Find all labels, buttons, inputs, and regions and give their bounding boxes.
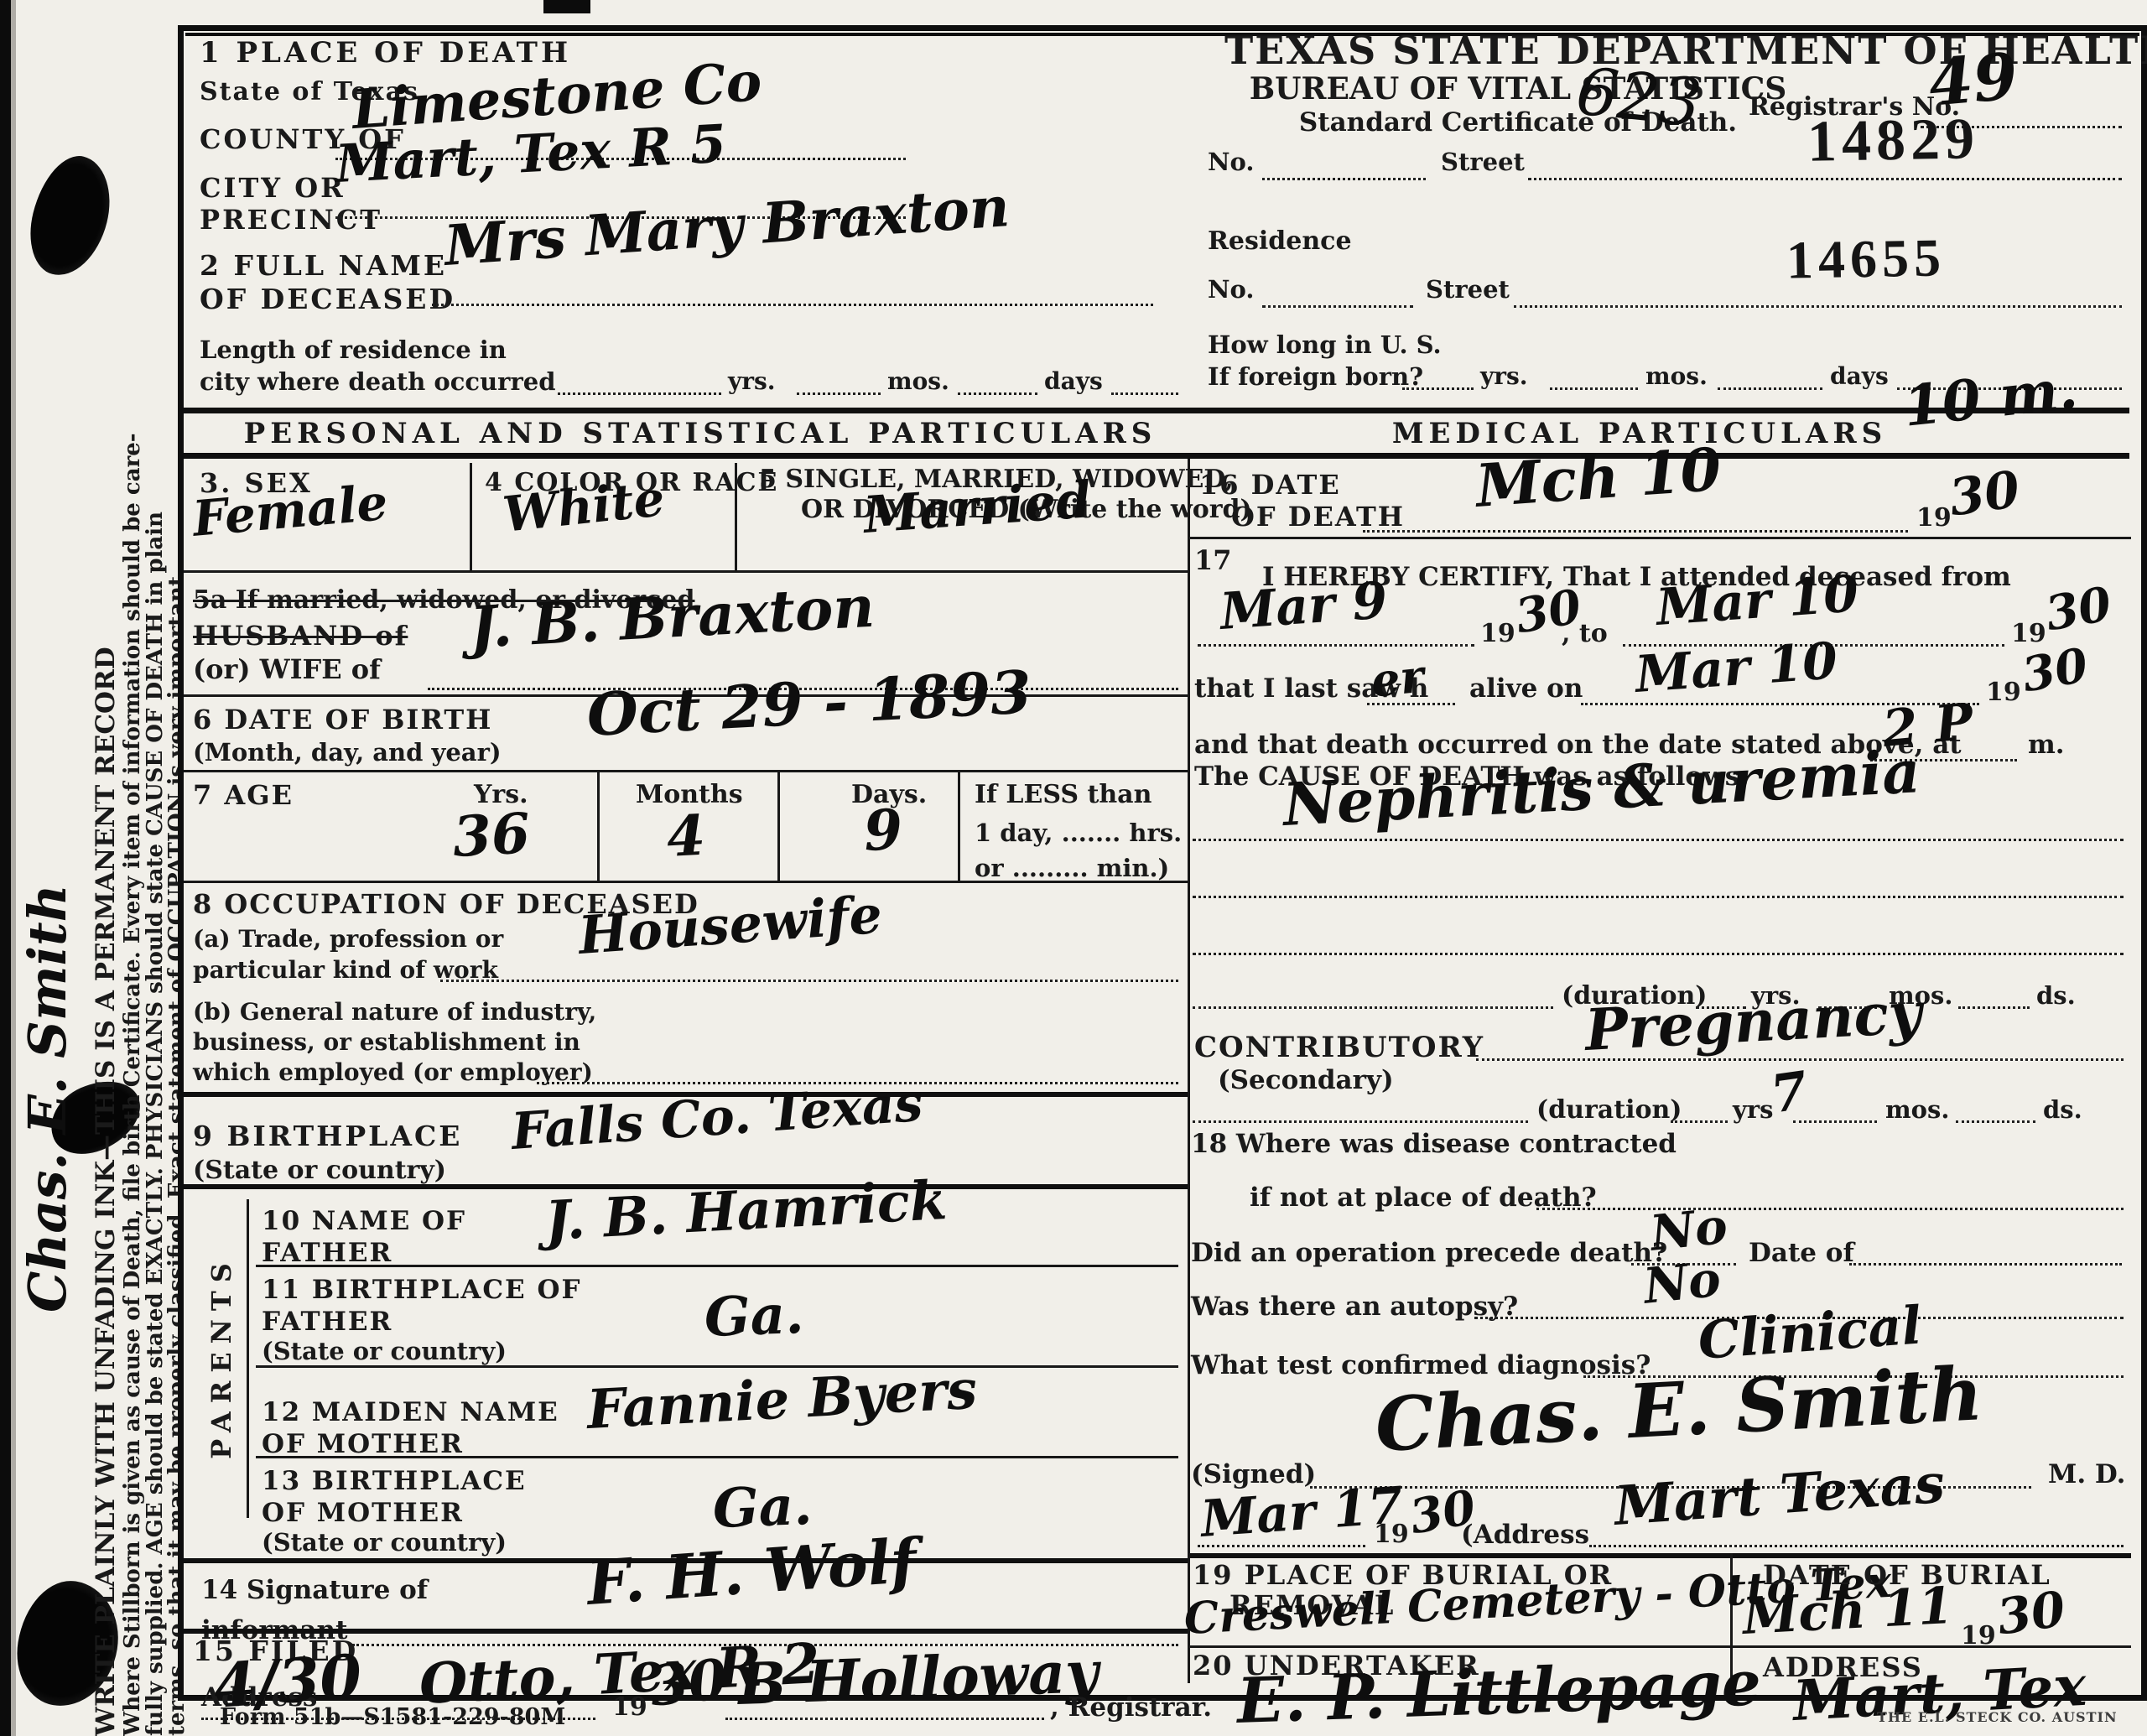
last-saw-year: 30 [2019, 642, 2091, 699]
mother-birthplace-value: Ga. [712, 1479, 814, 1536]
item17-number: 17 [1194, 547, 1232, 575]
dotted-line [1550, 387, 1638, 390]
dotted-line [1111, 392, 1178, 395]
row-line [184, 570, 1188, 573]
dotted-line [1363, 530, 1908, 533]
mos-label-4: mos. [1885, 1097, 1949, 1122]
dotted-line [1402, 387, 1474, 390]
dotted-line [1718, 387, 1822, 390]
length-residence-label: Length of residence in [200, 337, 507, 362]
if-less-label2: 1 day, ....... hrs. [975, 820, 1182, 845]
dotted-line [1958, 1006, 2030, 1009]
if-foreign-born-label: If foreign born? [1208, 364, 1423, 389]
disease-contracted-label: 18 Where was disease contracted [1191, 1130, 1677, 1158]
row-line [1730, 1645, 2131, 1648]
attended-to-year: 30 [2042, 580, 2114, 638]
mother-birthplace-label3: (State or country) [262, 1530, 507, 1555]
occ-b-label2: business, or establishment in [193, 1030, 580, 1054]
last-saw-date: Mar 10 [1634, 636, 1839, 700]
dotted-line [558, 392, 721, 395]
dotted-line [1262, 305, 1413, 308]
dotted-line [797, 392, 881, 395]
dotted-line [1193, 896, 2124, 898]
yrs-label-4: yrs [1733, 1097, 1773, 1122]
form-subtitle2: Standard Certificate of Death. [1224, 109, 1812, 137]
registrar-no-value: 49 [1926, 44, 2020, 116]
dob-label2: (Month, day, and year) [193, 740, 502, 765]
place-of-death-label: 1 PLACE OF DEATH [200, 39, 571, 69]
contributory-value: Pregnancy [1583, 985, 1923, 1059]
father-birthplace-value: Ga. [704, 1288, 805, 1345]
year-prefix-3: 19 [2011, 621, 2046, 647]
wife-of-label: (or) WIFE of [193, 656, 381, 684]
ds-label: ds. [2036, 983, 2076, 1008]
full-name-label: 2 FULL NAME [200, 252, 447, 281]
age-months-value: 4 [665, 808, 706, 865]
dotted-line [1193, 1006, 1553, 1009]
city-label: CITY OR [200, 174, 346, 203]
mother-birthplace-label: 13 BIRTHPLACE [262, 1468, 527, 1495]
duration-label-2: (duration) [1536, 1097, 1682, 1124]
attended-from-value: Mar 9 [1219, 575, 1389, 637]
row-line [184, 770, 1188, 772]
days-label-2: days [1830, 364, 1889, 388]
last-saw-pronoun: er [1369, 653, 1426, 704]
cell-divider [470, 463, 472, 570]
father-name-label: 10 NAME OF [262, 1208, 466, 1235]
city-label2: PRECINCT [200, 206, 382, 235]
contributory-label: CONTRIBUTORY [1194, 1033, 1484, 1063]
date-of-label: Date of [1749, 1240, 1854, 1267]
mother-birthplace-label2: OF MOTHER [262, 1500, 464, 1527]
dob-label: 6 DATE OF BIRTH [193, 706, 492, 735]
undertaker-value: E. P. Littlepage [1236, 1652, 1762, 1733]
yrs-label: yrs. [728, 369, 776, 393]
md-label: M. D. [2048, 1461, 2125, 1489]
dotted-line [1671, 1120, 1728, 1123]
if-less-label: If LESS than [975, 782, 1151, 808]
occ-b-label: (b) General nature of industry, [193, 1000, 596, 1024]
registrar-label: , Registrar. [1050, 1694, 1212, 1722]
dotted-line [1589, 1545, 2124, 1547]
scan-edge-left [0, 0, 11, 1736]
year-prefix-5: 19 [1374, 1521, 1409, 1548]
mother-name-label2: OF MOTHER [262, 1431, 464, 1458]
section-line [184, 1629, 1188, 1634]
row-line [1190, 1645, 1730, 1648]
dotted-line [1198, 1545, 1365, 1547]
certificate-stamp-number: 14829 [1806, 106, 1979, 176]
contributory-duration-mos: 7 [1768, 1064, 1811, 1120]
registrar-signature-value: B Holloway [737, 1644, 1099, 1713]
occ-a-label: (a) Trade, profession or [193, 927, 503, 951]
year-prefix-4: 19 [1986, 679, 2021, 706]
double-rule [184, 453, 2129, 459]
penciled-number: 623 [1573, 59, 1704, 137]
margin-instruction-line1: WRITE PLAINLY WITH UNFADING INK—THIS IS … [92, 92, 120, 1736]
date-of-death-label: 16 DATE [1199, 471, 1341, 500]
death-certificate-scan: Chas. E. Smith WRITE PLAINLY WITH UNFADI… [0, 0, 2147, 1736]
dotted-line [432, 304, 1153, 306]
row-line [256, 1456, 1178, 1458]
dotted-line [958, 392, 1037, 395]
mother-name-label: 12 MAIDEN NAME [262, 1399, 559, 1427]
parents-group-label: PARENTS [208, 1206, 237, 1508]
margin-instruction-line2: Where Stillborn is given as cause of Dea… [122, 8, 144, 1736]
section-line [1190, 1553, 2131, 1558]
year-prefix-2: 19 [1480, 621, 1515, 647]
year-prefix: 19 [1916, 505, 1952, 532]
occ-a-label2: particular kind of work [193, 958, 498, 982]
address-paren-label: (Address [1461, 1521, 1589, 1549]
printer-credit: THE E.L. STECK CO. AUSTIN [1877, 1711, 2118, 1725]
dotted-line [440, 980, 1178, 982]
father-birthplace-label2: FATHER [262, 1308, 392, 1336]
m-label: m. [2028, 731, 2065, 759]
full-name-label2: OF DECEASED [200, 285, 455, 314]
birthplace-label: 9 BIRTHPLACE [193, 1122, 462, 1151]
cell-divider [735, 463, 737, 570]
dotted-line [725, 1718, 1044, 1720]
year-prefix-7: 19 [612, 1694, 647, 1721]
scan-edge-shadow [11, 0, 16, 1736]
husband-of-label: HUSBAND of [193, 622, 408, 651]
row-line [256, 1365, 1178, 1368]
dotted-line [1262, 178, 1426, 180]
dotted-line [1198, 644, 1474, 647]
mos-label: mos. [887, 369, 949, 393]
birthplace-label2: (State or country) [193, 1157, 446, 1184]
form-subtitle: BUREAU OF VITAL STATISTICS [1224, 74, 1812, 106]
margin-physician-signature: Chas. E. Smith [22, 306, 74, 1312]
date-of-burial-value: Mch 11 [1741, 1581, 1954, 1642]
father-name-label2: FATHER [262, 1240, 392, 1267]
row-line [1190, 537, 2131, 539]
personal-section-title: PERSONAL AND STATISTICAL PARTICULARS [218, 419, 1183, 450]
form-number: Form 51b—S1581-229-80M [220, 1706, 565, 1729]
length-residence-label2: city where death occurred [200, 369, 555, 394]
yrs-label-2: yrs. [1480, 364, 1528, 388]
filed-year-value: 30 [647, 1651, 730, 1714]
column-divider [1188, 459, 1190, 1683]
date-of-death-label2: OF DEATH [1231, 503, 1405, 532]
autopsy-value: No [1641, 1255, 1723, 1311]
father-birthplace-label3: (State or country) [262, 1338, 507, 1364]
dotted-line [1193, 839, 2124, 841]
cell-divider [958, 772, 960, 881]
dotted-line [1367, 703, 1455, 705]
row-line [256, 1265, 1178, 1267]
no-label: No. [1208, 149, 1254, 174]
dotted-line [1193, 953, 2124, 955]
age-yrs-value: 36 [451, 805, 531, 865]
form-title: TEXAS STATE DEPARTMENT OF HEALTH [1224, 30, 1812, 70]
dotted-line [1793, 1120, 1877, 1123]
marital-value: Married [862, 475, 1093, 541]
father-birthplace-label: 11 BIRTHPLACE OF [262, 1276, 581, 1304]
age-days-value: 9 [862, 802, 903, 859]
date-of-death-value: Mch 10 [1474, 440, 1723, 516]
if-less-label3: or ......... min.) [975, 855, 1169, 881]
dotted-line [1956, 1120, 2035, 1123]
operation-label: Did an operation precede death? [1191, 1240, 1667, 1267]
cell-divider [777, 772, 780, 881]
residence-label: Residence [1208, 228, 1352, 255]
dotted-line [1849, 1263, 2122, 1266]
margin-time-note: 10 m. [1901, 361, 2080, 434]
occ-b-label3: which employed (or employer) [193, 1060, 593, 1084]
dotted-line [1193, 1120, 1528, 1123]
attended-to-value: Mar 10 [1655, 569, 1860, 633]
certificate-stamp-number-2: 14655 [1786, 226, 1946, 291]
dotted-line [1514, 305, 2122, 308]
parents-bracket-line [247, 1199, 249, 1518]
ds-label-2: ds. [2043, 1097, 2082, 1122]
mos-label-2: mos. [1645, 364, 1708, 388]
street-label: Street [1441, 149, 1525, 174]
to-label: , to [1562, 621, 1608, 647]
days-label: days [1044, 369, 1103, 393]
contributory-label2: (Secondary) [1218, 1067, 1394, 1094]
cell-divider [597, 772, 600, 881]
age-label: 7 AGE [193, 782, 294, 810]
double-rule [184, 408, 2129, 413]
alive-on-label: alive on [1469, 675, 1583, 703]
autopsy-label: Was there an autopsy? [1191, 1293, 1518, 1321]
street-label-2: Street [1426, 277, 1510, 302]
how-long-us-label: How long in U. S. [1208, 332, 1442, 357]
dotted-line [1528, 178, 2122, 180]
scan-mark-top [543, 0, 590, 13]
informant-label: 14 Signature of [201, 1577, 428, 1604]
dotted-line [1536, 1208, 2124, 1210]
date-of-burial-year: 30 [1994, 1584, 2068, 1642]
no-label-2: No. [1208, 277, 1254, 302]
date-of-death-year: 30 [1947, 465, 2023, 524]
row-line [184, 881, 1188, 883]
